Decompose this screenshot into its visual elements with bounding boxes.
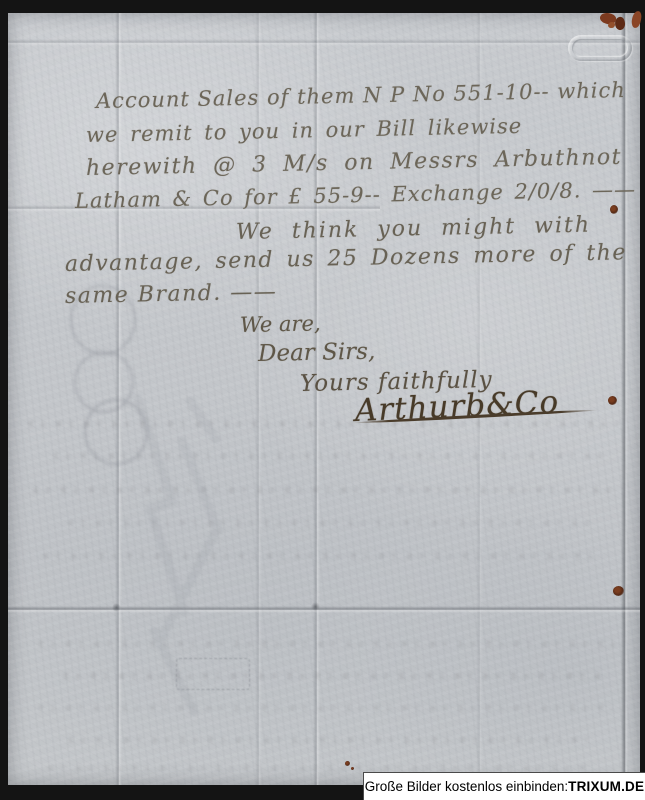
letter-paper-sheet: Account Sales of them N P No 551-10-- wh… [8, 13, 640, 785]
watermark-brand: TRIXUM.DE [568, 779, 644, 794]
horizontal-fold-line [8, 606, 640, 613]
right-edge-crease [621, 13, 628, 785]
fold-intersection-shadow [311, 602, 320, 611]
foxing-spot [610, 205, 618, 214]
watermark-text: Große Bilder kostenlos einbinden: [365, 779, 568, 794]
trixum-watermark-bar: Große Bilder kostenlos einbinden: TRIXUM… [363, 772, 645, 800]
horizontal-fold-line [8, 39, 640, 46]
ink-bleedthrough-line [48, 765, 588, 771]
letter-closing-line: Dear Sirs, [258, 339, 376, 367]
embossed-seal [568, 35, 632, 61]
embossed-seal-inner-ring [572, 39, 628, 57]
large-stamp-ghost-letters [120, 381, 240, 721]
foxing-spot [608, 396, 617, 405]
letter-closing-line: We are, [240, 311, 321, 337]
ink-bleedthrough-line [68, 737, 588, 743]
foxing-spot [345, 761, 350, 766]
foxing-spot [351, 767, 354, 770]
letter-line: same Brand. —— [65, 280, 278, 309]
foxing-spot [613, 586, 624, 596]
